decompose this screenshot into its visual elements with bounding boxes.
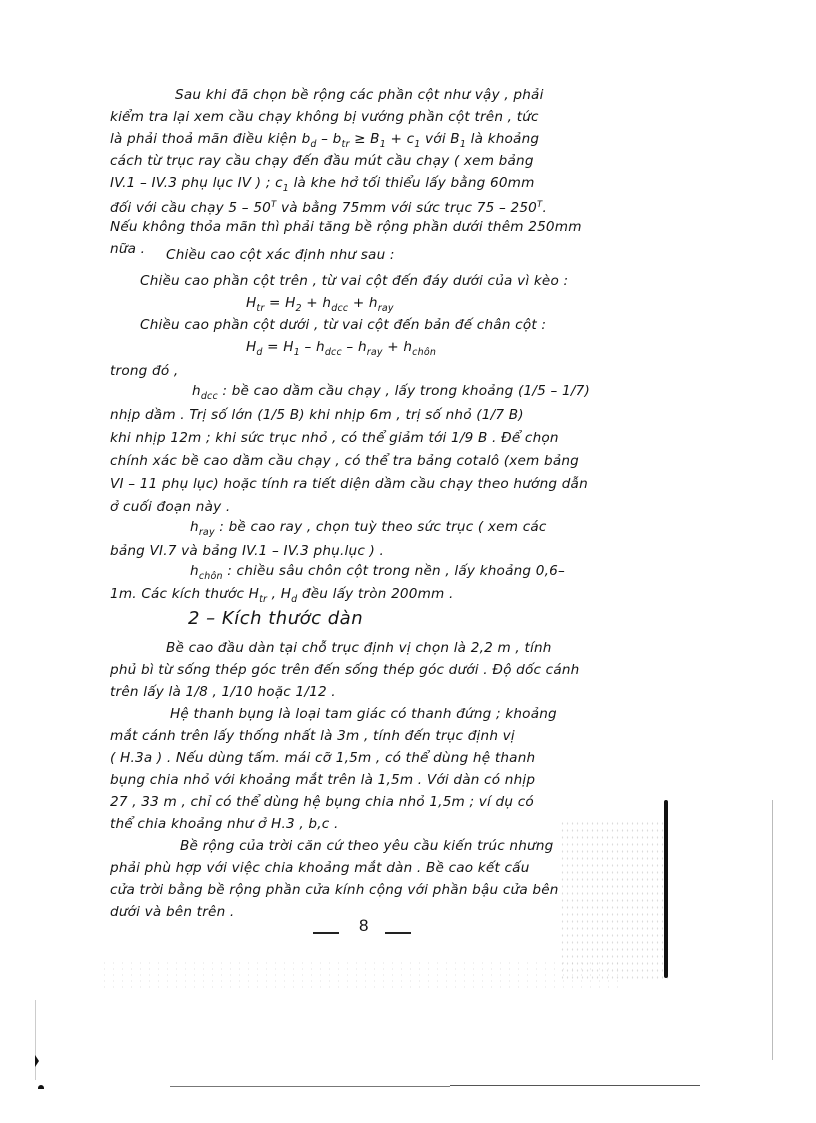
subscript: ray: [199, 527, 215, 538]
text: là khe hở tối thiểu lấy bằng 60mm: [289, 175, 535, 191]
text: và bằng 75mm với sức trục 75 – 250: [276, 200, 537, 216]
scan-noise: [100, 960, 620, 990]
text-line: Hệ thanh bụng là loại tam giác có thanh …: [170, 703, 557, 725]
text-line: khi nhịp 12m ; khi sức trục nhỏ , có thể…: [110, 427, 559, 449]
subscript: dcc: [325, 347, 342, 358]
text-line: trong đó ,: [110, 360, 178, 382]
text-line: nữa .: [110, 238, 145, 260]
text: đều lấy tròn 200mm .: [297, 586, 453, 602]
symbol: H: [246, 295, 256, 311]
text-line: 1m. Các kích thước Htr , Hd đều lấy tròn…: [110, 583, 454, 611]
text-line: Chiều cao cột xác định như sau :: [166, 244, 395, 266]
text-line: Nếu không thỏa mãn thì phải tăng bề rộng…: [110, 216, 582, 238]
text: – h: [342, 339, 367, 355]
text-line: mắt cánh trên lấy thống nhất là 3m , tín…: [110, 725, 515, 747]
text-line: bảng VI.7 và bảng IV.1 – IV.3 phụ.lục ) …: [110, 540, 384, 562]
subscript: dcc: [201, 391, 218, 402]
text-line: kiểm tra lại xem cầu chạy không bị vướng…: [110, 106, 539, 128]
text-line: Chiều cao phần cột dưới , từ vai cột đến…: [140, 314, 546, 336]
text: = H: [263, 339, 294, 355]
text-line: bụng chia nhỏ với khoảng mắt trên là 1,5…: [110, 769, 535, 791]
page-number: 8: [359, 916, 368, 936]
bottom-edge-line: [170, 1086, 450, 1087]
text-line: cách từ trục ray cầu chạy đến đầu mút cầ…: [110, 150, 534, 172]
text-line: dưới và bên trên .: [110, 901, 234, 923]
subscript: chôn: [412, 347, 436, 358]
text: đối với cầu chạy 5 – 50: [110, 200, 271, 216]
scan-edge-line: [35, 1000, 36, 1080]
text: + h: [383, 339, 412, 355]
document-page: Sau khi đã chọn bề rộng các phần cột như…: [0, 0, 816, 1123]
text-line: chính xác bề cao dầm cầu chạy , có thể t…: [110, 450, 579, 472]
formula-lower: Hd = H1 – hdcc – hray + hchôn: [246, 336, 436, 364]
text-line: ở cuối đoạn này .: [110, 496, 230, 518]
symbol: H: [246, 339, 256, 355]
text-line: 27 , 33 m , chỉ có thể dùng hệ bụng chia…: [110, 791, 534, 813]
text: = H: [264, 295, 295, 311]
text: IV.1 – IV.3 phụ lục IV ) ; c: [110, 175, 283, 191]
scan-mark: [35, 1055, 39, 1067]
binding-edge-line: [664, 800, 668, 978]
page-number-dash-left: [313, 932, 339, 934]
text: là khoảng: [466, 131, 539, 147]
bottom-edge-line: [450, 1085, 700, 1086]
text: ≥ B: [350, 131, 380, 147]
subscript: dcc: [331, 303, 348, 314]
text: : bề cao ray , chọn tuỳ theo sức trục ( …: [215, 519, 547, 535]
text: : chiều sâu chôn cột trong nền , lấy kho…: [223, 563, 565, 579]
text-line: VI – 11 phụ lục) hoặc tính ra tiết diện …: [110, 473, 588, 495]
symbol: h: [190, 563, 199, 579]
text: là phải thoả mãn điều kiện b: [110, 131, 310, 147]
text: với B: [421, 131, 460, 147]
section-heading: 2 – Kích thước dàn: [188, 608, 363, 629]
text: – h: [300, 339, 325, 355]
text: + h: [348, 295, 377, 311]
text-line: Sau khi đã chọn bề rộng các phần cột như…: [175, 84, 544, 106]
text-line: ( H.3a ) . Nếu dùng tấm. mái cỡ 1,5m , c…: [110, 747, 535, 769]
text: + h: [302, 295, 331, 311]
subscript: tr: [259, 594, 267, 605]
text: – b: [317, 131, 342, 147]
text: + c: [386, 131, 414, 147]
text: .: [542, 200, 547, 216]
text-line: phủ bì từ sống thép góc trên đến sống th…: [110, 659, 580, 681]
symbol: h: [190, 519, 199, 535]
subscript: tr: [342, 139, 350, 150]
text-line: Bề cao đầu dàn tại chỗ trục định vị chọn…: [166, 637, 552, 659]
text-line: phải phù hợp với việc chia khoảng mắt dà…: [110, 857, 530, 879]
text: : bề cao dầm cầu chạy , lấy trong khoảng…: [218, 383, 590, 399]
text-line: Bề rộng của trời căn cứ theo yêu cầu kiế…: [180, 835, 554, 857]
text-line: Chiều cao phần cột trên , từ vai cột đến…: [140, 270, 568, 292]
scan-mark: [38, 1085, 44, 1089]
text-line: nhịp dầm . Trị số lớn (1/5 B) khi nhịp 6…: [110, 404, 524, 426]
text-line: cửa trời bằng bề rộng phần cửa kính cộng…: [110, 879, 559, 901]
subscript: ray: [367, 347, 383, 358]
scan-noise: [560, 820, 670, 980]
text: , H: [267, 586, 291, 602]
subscript: ray: [378, 303, 394, 314]
page-number-dash-right: [385, 932, 411, 934]
symbol: h: [192, 383, 201, 399]
text-line: thể chia khoảng như ở H.3 , b,c .: [110, 813, 338, 835]
scan-edge-line: [772, 800, 773, 1060]
text: 1m. Các kích thước H: [110, 586, 259, 602]
subscript: chôn: [199, 571, 223, 582]
text-line: trên lấy là 1/8 , 1/10 hoặc 1/12 .: [110, 681, 336, 703]
